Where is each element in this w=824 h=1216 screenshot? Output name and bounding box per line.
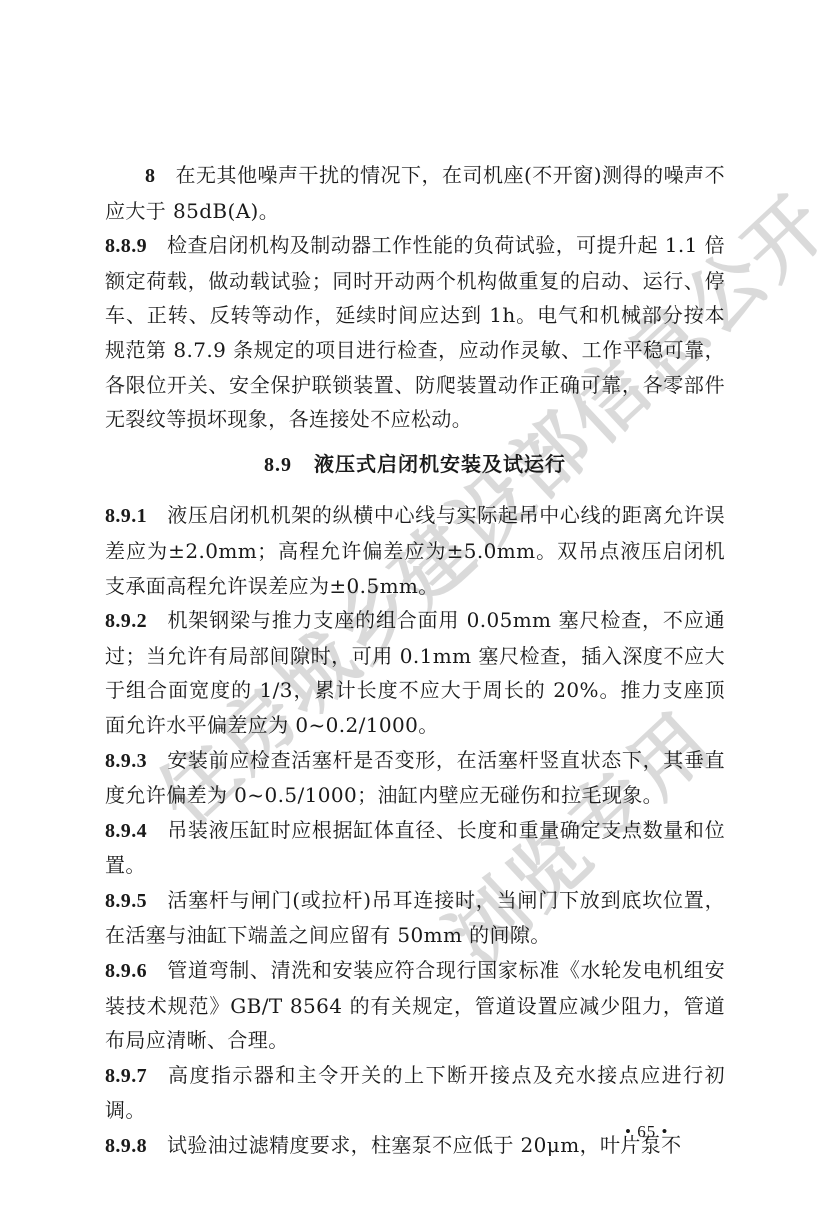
clause-paragraph: 8.9.2机架钢梁与推力支座的组合面用 0.05mm 塞尺检查，不应通过；当允许… (105, 603, 725, 742)
clause-number: 8.9.1 (105, 505, 147, 527)
item-text: 在无其他噪声干扰的情况下，在司机座(不开窗)测得的噪声不应大于 85dB(A)。 (105, 163, 725, 223)
clause-text: 机架钢梁与推力支座的组合面用 0.05mm 塞尺检查，不应通过；当允许有局部间隙… (105, 608, 725, 737)
item-number: 8 (145, 165, 155, 187)
clause-paragraph: 8.9.4吊装液压缸时应根据缸体直径、长度和重量确定支点数量和位置。 (105, 813, 725, 883)
clause-paragraph: 8.9.5活塞杆与闸门(或拉杆)吊耳连接时，当闸门下放到底坎位置，在活塞与油缸下… (105, 883, 725, 953)
clause-number: 8.9.8 (105, 1135, 147, 1157)
item-paragraph: 8在无其他噪声干扰的情况下，在司机座(不开窗)测得的噪声不应大于 85dB(A)… (105, 158, 725, 228)
clause-number: 8.9.4 (105, 820, 147, 842)
clause-paragraph: 8.9.6管道弯制、清洗和安装应符合现行国家标准《水轮发电机组安装技术规范》GB… (105, 953, 725, 1058)
clause-text: 活塞杆与闸门(或拉杆)吊耳连接时，当闸门下放到底坎位置，在活塞与油缸下端盖之间应… (105, 888, 725, 948)
clause-text: 液压启闭机机架的纵横中心线与实际起吊中心线的距离允许误差应为±2.0mm；高程允… (105, 503, 725, 597)
clause-paragraph: 8.9.1液压启闭机机架的纵横中心线与实际起吊中心线的距离允许误差应为±2.0m… (105, 498, 725, 603)
section-heading: 8.9液压式启闭机安装及试运行 (105, 447, 725, 483)
clause-text: 管道弯制、清洗和安装应符合现行国家标准《水轮发电机组安装技术规范》GB/T 85… (105, 958, 725, 1052)
page-number: • 65 • (625, 1122, 668, 1142)
section-title: 液压式启闭机安装及试运行 (314, 452, 566, 476)
clause-text: 吊装液压缸时应根据缸体直径、长度和重量确定支点数量和位置。 (105, 818, 725, 878)
document-body: 8在无其他噪声干扰的情况下，在司机座(不开窗)测得的噪声不应大于 85dB(A)… (105, 158, 725, 1164)
clause-number: 8.9.2 (105, 610, 147, 632)
clause-paragraph: 8.9.7高度指示器和主令开关的上下断开接点及充水接点应进行初调。 (105, 1058, 725, 1128)
clause-number: 8.9.6 (105, 960, 147, 982)
clause-paragraph: 8.9.3安装前应检查活塞杆是否变形，在活塞杆竖直状态下，其垂直度允许偏差为 0… (105, 743, 725, 813)
clause-paragraph: 8.8.9检查启闭机构及制动器工作性能的负荷试验，可提升起 1.1 倍额定荷载，… (105, 228, 725, 437)
clause-text: 检查启闭机构及制动器工作性能的负荷试验，可提升起 1.1 倍额定荷载，做动载试验… (105, 233, 725, 431)
clause-number: 8.9.3 (105, 750, 147, 772)
clause-number: 8.8.9 (105, 235, 147, 257)
clause-number: 8.9.5 (105, 890, 147, 912)
document-page: 住房城乡建设部信息公开 浏览专用 8在无其他噪声干扰的情况下，在司机座(不开窗)… (0, 0, 824, 1216)
clause-number: 8.9.7 (105, 1065, 147, 1087)
section-number: 8.9 (264, 454, 292, 476)
clause-text: 试验油过滤精度要求，柱塞泵不应低于 20μm，叶片泵不 (167, 1133, 682, 1157)
clause-text: 高度指示器和主令开关的上下断开接点及充水接点应进行初调。 (105, 1063, 725, 1123)
clause-text: 安装前应检查活塞杆是否变形，在活塞杆竖直状态下，其垂直度允许偏差为 0~0.5/… (105, 748, 725, 808)
